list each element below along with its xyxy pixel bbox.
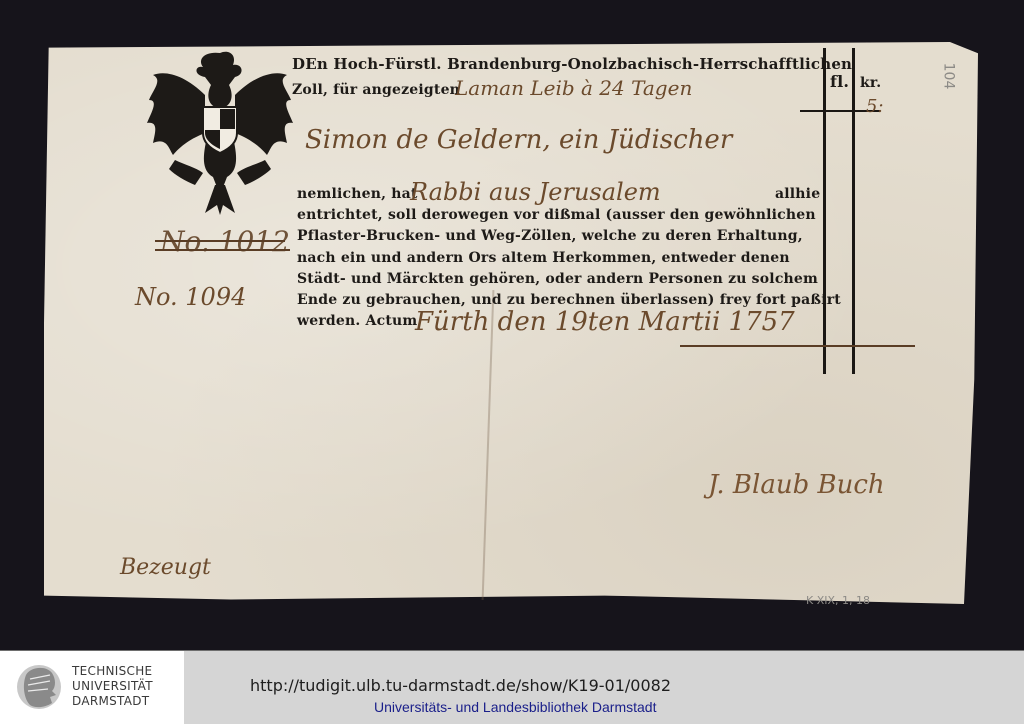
tu-darmstadt-logo[interactable]: TECHNISCHE UNIVERSITÄT DARMSTADT [0,651,184,724]
date-underline [680,345,915,347]
printed-line-6: nach ein und andern Ors altem Herkommen,… [297,250,790,266]
handwritten-name: Simon de Geldern, ein Jüdischer [305,125,732,155]
athena-head-icon [16,661,62,713]
strikethrough-line-1 [155,240,285,242]
handwritten-receipt: Bezeugt [120,555,211,580]
library-link[interactable]: Universitäts- und Landesbibliothek Darms… [374,699,656,715]
handwritten-amount-kr: 5: [866,96,884,117]
column-divider-right [852,48,855,374]
handwritten-place-date: Fürth den 19ten Martii 1757 [415,307,795,337]
viewer-footer: TECHNISCHE UNIVERSITÄT DARMSTADT http://… [0,650,1024,724]
printed-line-3: nemlichen, hat [297,186,418,202]
document-scan: DEn Hoch-Fürstl. Brandenburg-Onolzbachis… [0,0,1024,650]
printed-line-1: DEn Hoch-Fürstl. Brandenburg-Onolzbachis… [292,55,852,73]
logo-line-2: UNIVERSITÄT [72,679,153,694]
pencil-shelfmark: K XIX, 1, 18 [806,594,870,607]
printed-line-4: entrichtet, soll derowegen vor dißmal (a… [297,207,816,223]
column-divider-left [823,48,826,374]
handwritten-goods: Laman Leib à 24 Tagen [455,76,692,100]
handwritten-signature: J. Blaub Buch [708,470,885,500]
printed-line-2: Zoll, für angezeigten [292,82,460,98]
logo-text: TECHNISCHE UNIVERSITÄT DARMSTADT [72,664,153,709]
permalink-url[interactable]: http://tudigit.ulb.tu-darmstadt.de/show/… [250,676,671,695]
eagle-coat-of-arms-icon [145,45,295,215]
currency-kr: kr. [860,75,881,91]
logo-line-3: DARMSTADT [72,694,153,709]
strikethrough-line-2 [155,249,290,251]
logo-line-1: TECHNISCHE [72,664,153,679]
handwritten-number: No. 1094 [135,283,246,311]
printed-line-9: werden. Actum [297,313,417,329]
currency-fl: fl. [830,72,849,91]
pencil-margin-number: 104 [940,63,956,90]
printed-line-5: Pflaster-Brucken- und Weg-Zöllen, welche… [297,228,803,244]
printed-line-7: Städt- und Märckten gehören, oder andern… [297,271,818,287]
handwritten-origin: Rabbi aus Jerusalem [410,178,661,206]
printed-line-8: Ende zu gebrauchen, und zu berechnen übe… [297,292,841,308]
printed-line-3-end: allhie [775,186,820,202]
